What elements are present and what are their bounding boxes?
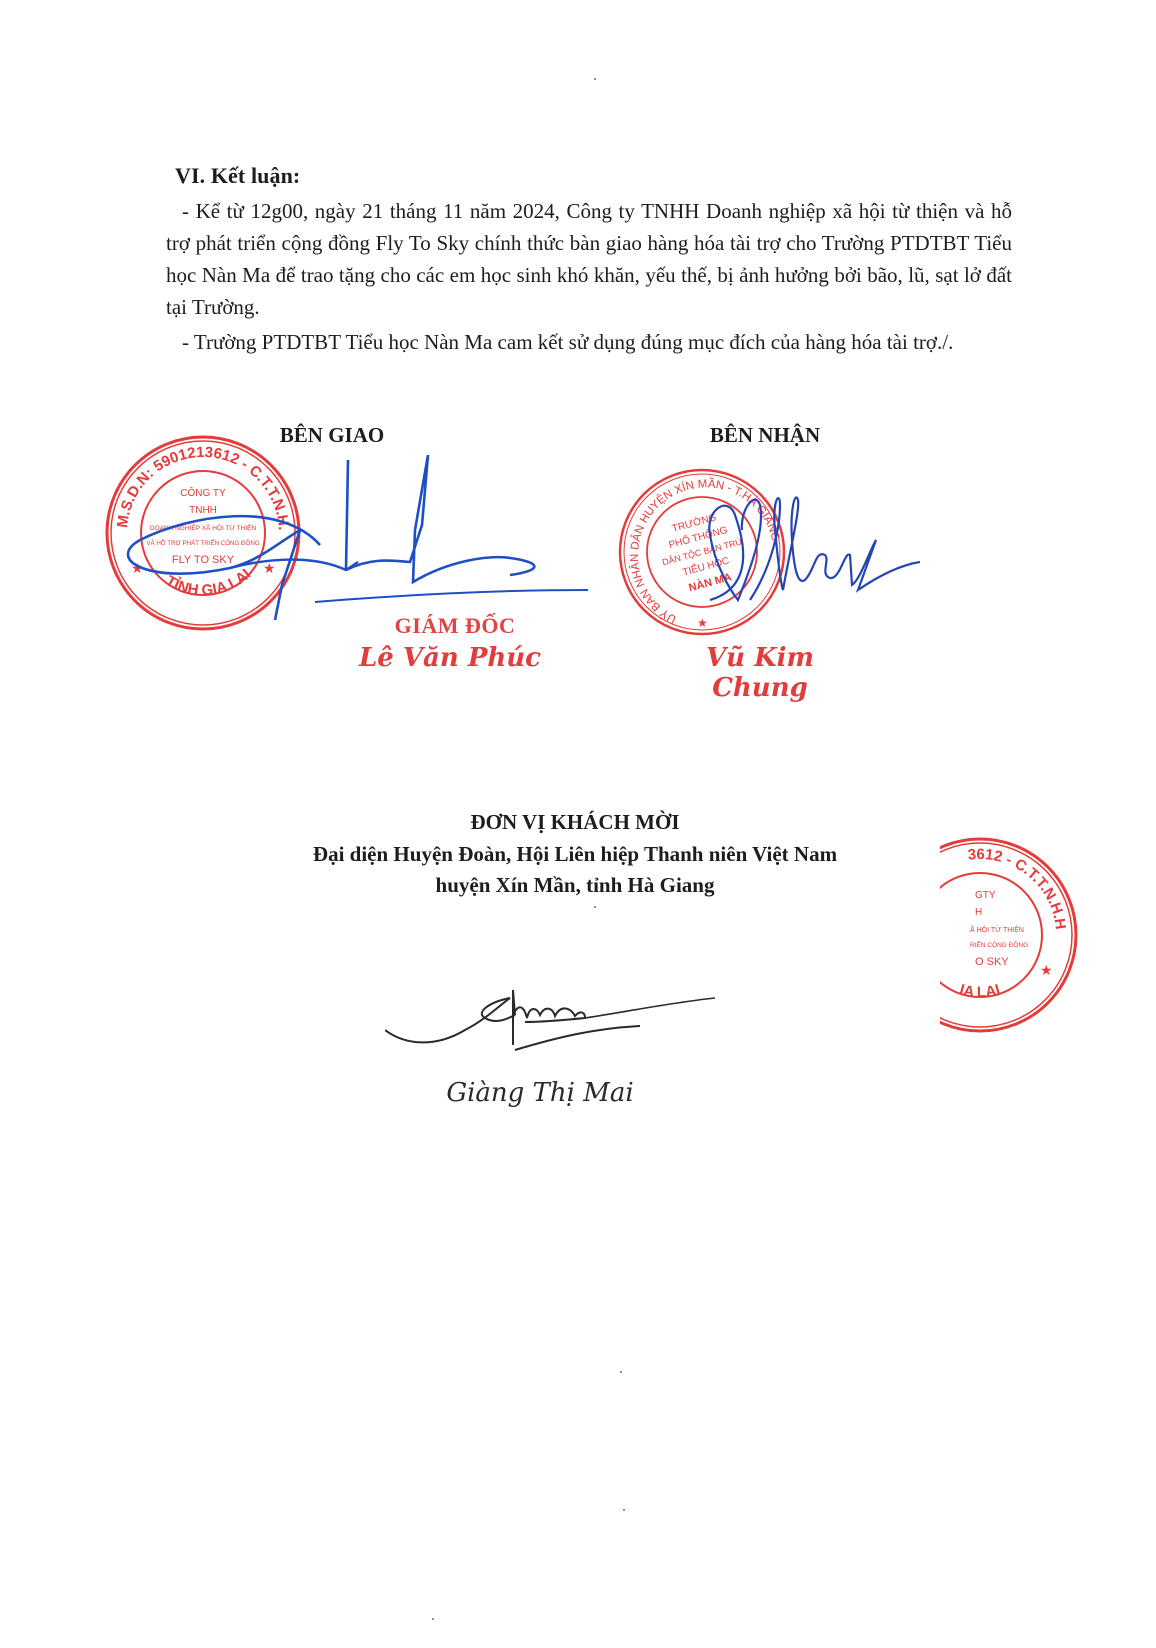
giver-name: Lê Văn Phúc — [350, 643, 550, 673]
svg-text:IA LAI: IA LAI — [958, 981, 1002, 1001]
receiver-name: Vũ Kim Chung — [655, 643, 865, 703]
scan-speck — [594, 78, 596, 80]
conclusion-paragraph-1: - Kể từ 12g00, ngày 21 tháng 11 năm 2024… — [166, 195, 1012, 323]
svg-text:RIỂN CỘNG ĐỒNG: RIỂN CỘNG ĐỒNG — [970, 939, 1028, 949]
scan-speck — [620, 1371, 622, 1373]
guest-unit-subtitle-line-1: Đại diện Huyện Đoàn, Hội Liên hiệp Thanh… — [200, 842, 950, 867]
document-page: VI. Kết luận: - Kể từ 12g00, ngày 21 thá… — [0, 0, 1156, 1648]
svg-text:Ã HỘI TỪ THIỆN: Ã HỘI TỪ THIỆN — [970, 925, 1024, 934]
scan-speck — [594, 906, 596, 908]
scan-speck — [432, 1618, 434, 1620]
guest-unit-subtitle-line-2: huyện Xín Mần, tỉnh Hà Giang — [200, 873, 950, 898]
edge-company-stamp-partial: 3612 - C.T.T.N.H.H IA LAI ★ GTY H Ã HỘI … — [940, 835, 1156, 1035]
svg-text:O SKY: O SKY — [975, 956, 1009, 968]
conclusion-paragraph-2: - Trường PTDTBT Tiểu học Nàn Ma cam kết … — [166, 326, 1012, 358]
receiver-party-title: BÊN NHẬN — [690, 423, 840, 448]
svg-text:★: ★ — [1040, 962, 1053, 978]
scan-speck — [623, 1509, 625, 1511]
receiver-signature — [680, 490, 920, 625]
guest-unit-title: ĐƠN VỊ KHÁCH MỜI — [200, 810, 950, 835]
svg-text:H: H — [975, 907, 982, 918]
giver-position-title: GIÁM ĐỐC — [375, 613, 535, 639]
svg-text:GTY: GTY — [975, 890, 996, 901]
guest-signature — [385, 990, 715, 1075]
section-heading-conclusion: VI. Kết luận: — [175, 163, 300, 189]
guest-name: Giàng Thị Mai — [440, 1078, 640, 1108]
